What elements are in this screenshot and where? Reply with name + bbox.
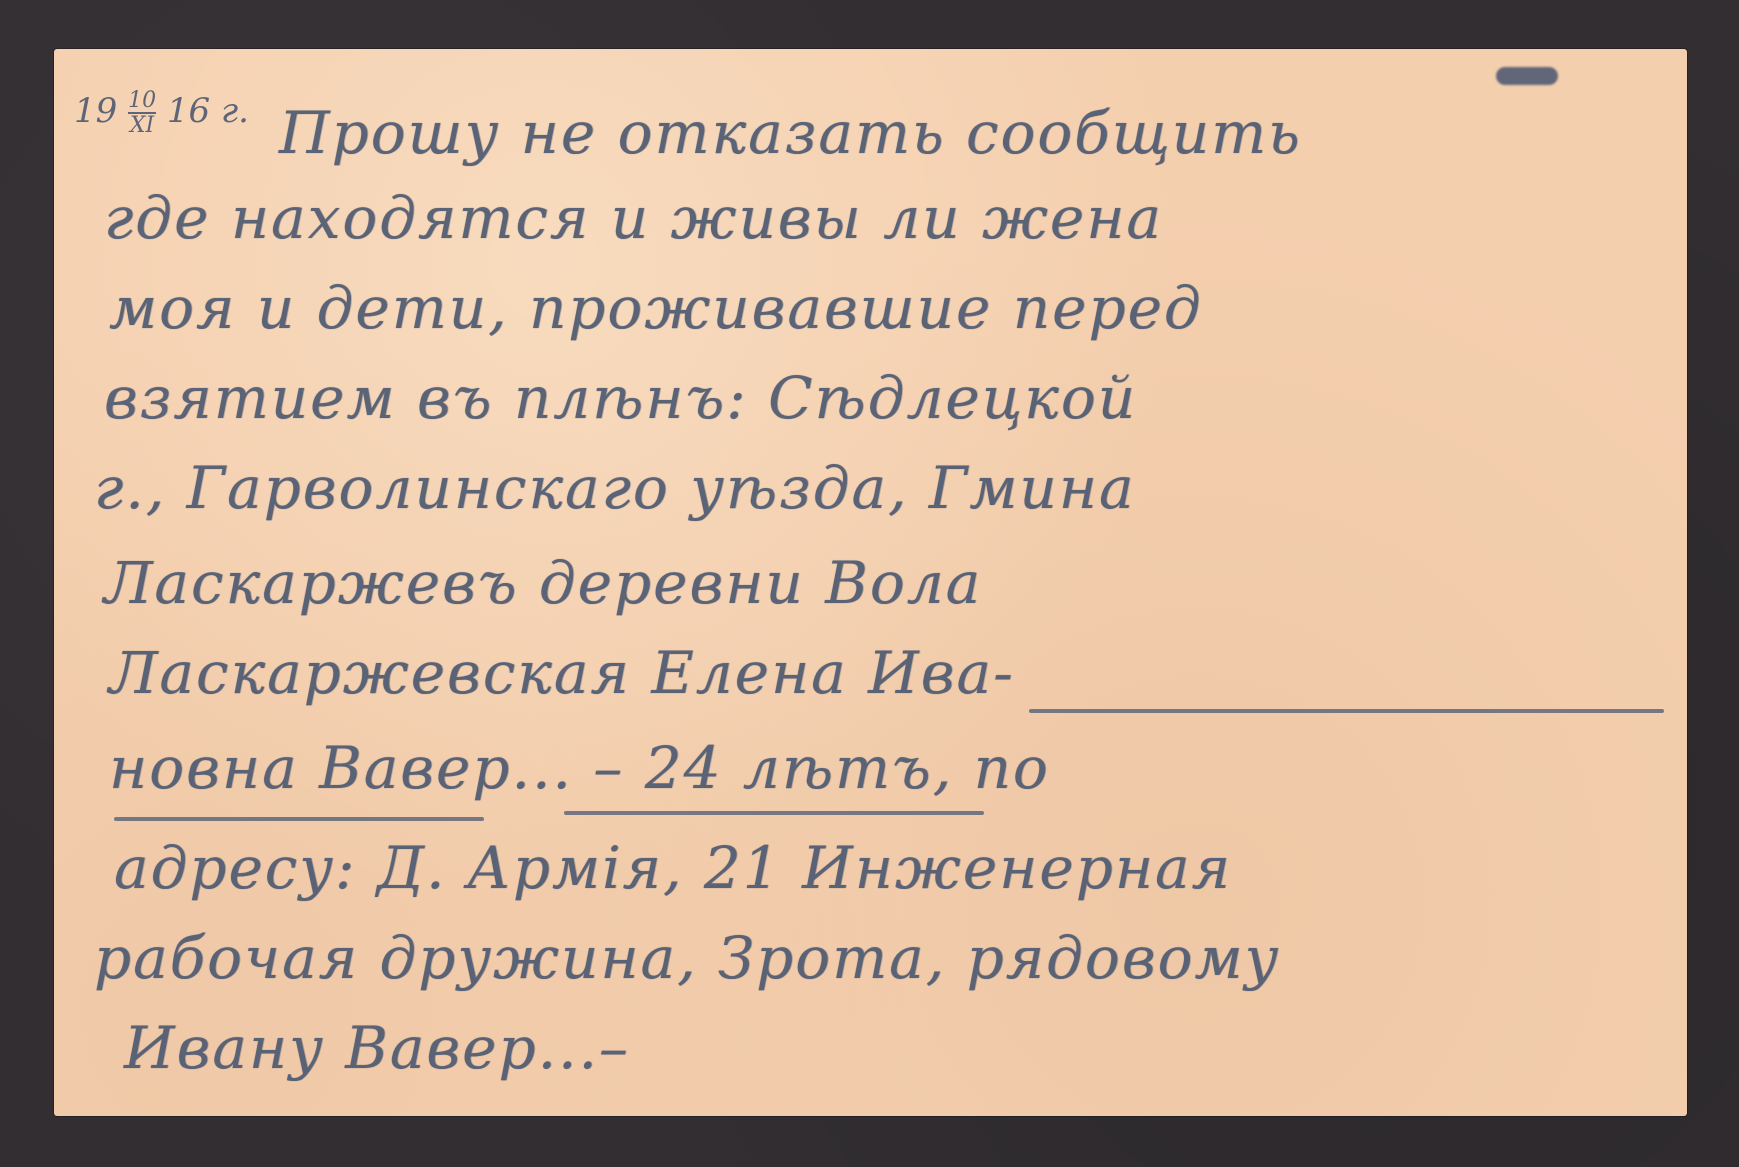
postcard: 19 10 XI 16 г. Прошу не отказать сообщит…: [54, 49, 1687, 1116]
text-line-7: Ласкаржевская Елена Ива-: [109, 644, 1015, 702]
date-year-prefix: 19: [74, 91, 117, 131]
date-year-suffix: 16 г.: [167, 91, 249, 131]
text-line-4: взятием въ плѣнъ: Сѣдлецкой: [104, 369, 1137, 427]
text-line-6: Ласкаржевъ деревни Вола: [104, 554, 982, 612]
text-line-9: адресу: Д. Армія, 21 Инженерная: [114, 839, 1232, 897]
text-line-11: Ивану Вавер...–: [124, 1019, 630, 1077]
text-line-1: Прошу не отказать сообщить: [279, 104, 1302, 162]
text-line-8: новна Вавер... – 24 лѣтъ, по: [109, 739, 1050, 797]
text-line-5: г., Гарволинскаго уѣзда, Гмина: [94, 459, 1136, 517]
text-line-3: моя и дети, проживавшие перед: [109, 279, 1203, 337]
date-month: XI: [128, 114, 156, 137]
date-annotation: 19 10 XI 16 г.: [74, 89, 249, 137]
date-day: 10: [128, 89, 156, 114]
date-fraction: 10 XI: [128, 89, 156, 137]
underline-name: [1029, 709, 1664, 713]
text-line-10: рабочая дружина, Зрота, рядовому: [94, 929, 1280, 987]
text-line-2: где находятся и живы ли жена: [104, 189, 1163, 247]
pencil-smudge: [1496, 67, 1558, 85]
underline-patronymic: [114, 817, 484, 821]
underline-surname: [564, 811, 984, 815]
